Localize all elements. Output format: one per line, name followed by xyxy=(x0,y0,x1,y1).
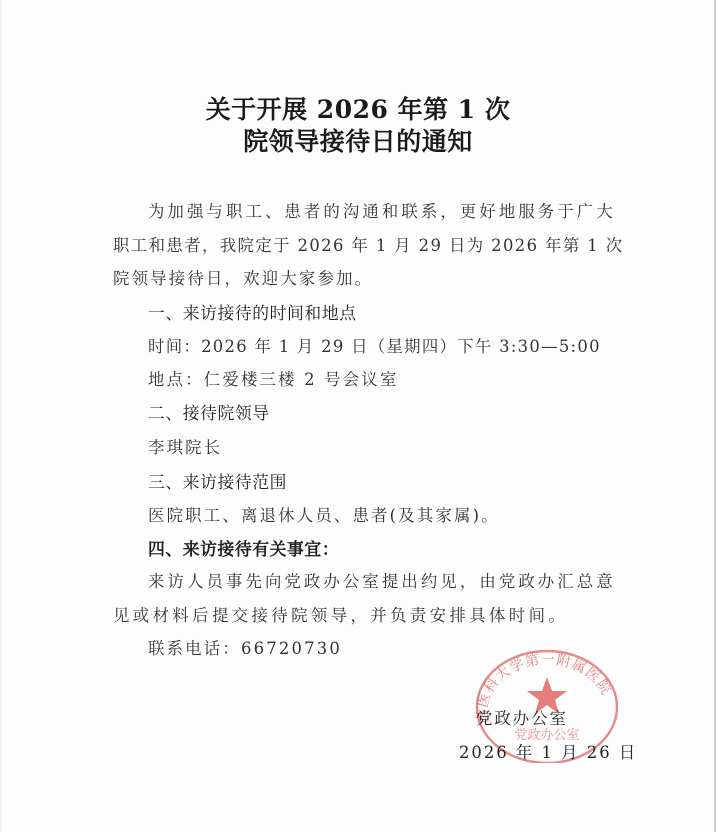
notice-title-line-1: 关于开展 2026 年第 1 次 xyxy=(0,90,716,126)
signature-date: 2026 年 1 月 26 日 xyxy=(459,739,637,763)
contact-phone: 联系电话：66720730 xyxy=(148,639,342,659)
section-1-location: 地点：仁爱楼三楼 2 号会议室 xyxy=(148,370,399,390)
section-4-line-2: 见或材料后提交接待院领导，并负责安排具体时间。 xyxy=(113,606,568,626)
section-3-scope: 医院职工、离退休人员、患者(及其家属)。 xyxy=(148,506,500,526)
section-3-heading: 三、来访接待范围 xyxy=(148,472,287,492)
intro-line-3: 院领导接待日，欢迎大家参加。 xyxy=(113,269,373,289)
section-1-time: 时间：2026 年 1 月 29 日（星期四）下午 3:30—5:00 xyxy=(148,337,601,357)
intro-line-2: 职工和患者，我院定于 2026 年 1 月 29 日为 2026 年第 1 次 xyxy=(113,236,623,256)
section-4-line-1: 来访人员事先向党政办公室提出约见，由党政办汇总意 xyxy=(148,572,616,592)
intro-line-1: 为加强与职工、患者的沟通和联系，更好地服务于广大 xyxy=(148,202,616,222)
section-2-heading: 二、接待院领导 xyxy=(148,403,270,423)
section-1-heading: 一、来访接待的时间和地点 xyxy=(148,303,357,323)
section-4-heading: 四、来访接待有关事宜： xyxy=(148,539,339,559)
signature-office: 党政办公室 xyxy=(476,705,568,729)
section-2-leader: 李琪院长 xyxy=(148,438,222,458)
notice-title-line-2: 院领导接待日的通知 xyxy=(0,122,716,158)
